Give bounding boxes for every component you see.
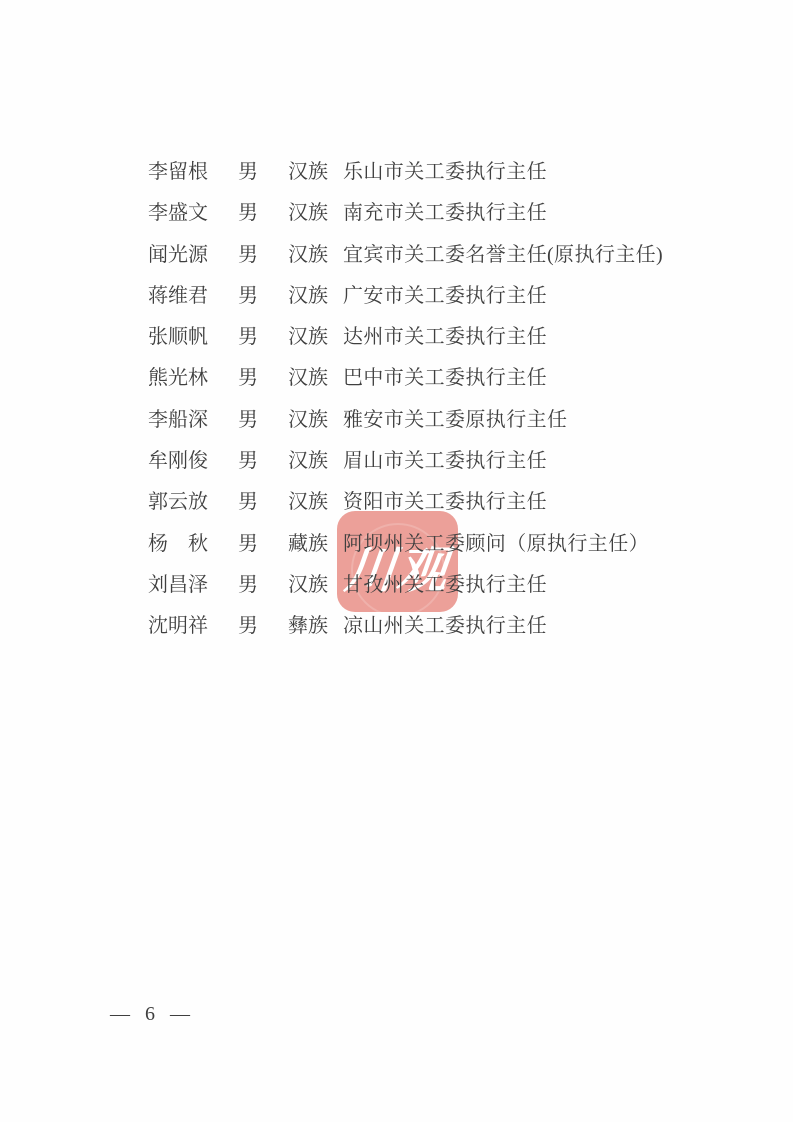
title-cell: 南充市关工委执行主任	[343, 193, 547, 234]
table-row: 熊光林 男 汉族 巴中市关工委执行主任	[148, 358, 748, 399]
name-cell: 闻光源	[148, 235, 208, 276]
title-cell: 巴中市关工委执行主任	[343, 358, 547, 399]
gender-cell: 男	[238, 235, 258, 276]
table-row: 闻光源 男 汉族 宜宾市关工委名誉主任(原执行主任)	[148, 235, 748, 276]
name-cell: 蒋维君	[148, 276, 208, 317]
name-cell: 沈明祥	[148, 606, 208, 647]
table-row: 郭云放 男 汉族 资阳市关工委执行主任	[148, 482, 748, 523]
gender-cell: 男	[238, 276, 258, 317]
table-row: 牟刚俊 男 汉族 眉山市关工委执行主任	[148, 441, 748, 482]
gender-cell: 男	[238, 482, 258, 523]
ethnicity-cell: 汉族	[288, 152, 328, 193]
table-row: 蒋维君 男 汉族 广安市关工委执行主任	[148, 276, 748, 317]
ethnicity-cell: 汉族	[288, 193, 328, 234]
name-cell: 熊光林	[148, 358, 208, 399]
gender-cell: 男	[238, 152, 258, 193]
title-cell: 乐山市关工委执行主任	[343, 152, 547, 193]
title-cell: 宜宾市关工委名誉主任(原执行主任)	[343, 235, 663, 276]
table-row: 杨 秋 男 藏族 阿坝州关工委顾问（原执行主任）	[148, 524, 748, 565]
ethnicity-cell: 藏族	[288, 524, 328, 565]
ethnicity-cell: 汉族	[288, 235, 328, 276]
title-cell: 广安市关工委执行主任	[343, 276, 547, 317]
gender-cell: 男	[238, 565, 258, 606]
table-row: 沈明祥 男 彝族 凉山州关工委执行主任	[148, 606, 748, 647]
roster-list: 李留根 男 汉族 乐山市关工委执行主任 李盛文 男 汉族 南充市关工委执行主任 …	[148, 152, 748, 648]
title-cell: 甘孜州关工委执行主任	[343, 565, 547, 606]
name-cell: 张顺帆	[148, 317, 208, 358]
gender-cell: 男	[238, 317, 258, 358]
ethnicity-cell: 汉族	[288, 441, 328, 482]
gender-cell: 男	[238, 193, 258, 234]
table-row: 张顺帆 男 汉族 达州市关工委执行主任	[148, 317, 748, 358]
gender-cell: 男	[238, 441, 258, 482]
ethnicity-cell: 汉族	[288, 565, 328, 606]
name-cell: 李留根	[148, 152, 208, 193]
title-cell: 阿坝州关工委顾问（原执行主任）	[343, 524, 649, 565]
table-row: 李留根 男 汉族 乐山市关工委执行主任	[148, 152, 748, 193]
gender-cell: 男	[238, 524, 258, 565]
title-cell: 眉山市关工委执行主任	[343, 441, 547, 482]
table-row: 李船深 男 汉族 雅安市关工委原执行主任	[148, 400, 748, 441]
name-cell: 李船深	[148, 400, 208, 441]
name-cell: 李盛文	[148, 193, 208, 234]
ethnicity-cell: 汉族	[288, 400, 328, 441]
ethnicity-cell: 汉族	[288, 276, 328, 317]
table-row: 李盛文 男 汉族 南充市关工委执行主任	[148, 193, 748, 234]
ethnicity-cell: 彝族	[288, 606, 328, 647]
gender-cell: 男	[238, 606, 258, 647]
ethnicity-cell: 汉族	[288, 317, 328, 358]
gender-cell: 男	[238, 358, 258, 399]
gender-cell: 男	[238, 400, 258, 441]
document-page: 川观 李留根 男 汉族 乐山市关工委执行主任 李盛文 男 汉族 南充市关工委执行…	[0, 0, 793, 1122]
name-cell: 刘昌泽	[148, 565, 208, 606]
name-cell: 杨 秋	[148, 524, 208, 565]
title-cell: 资阳市关工委执行主任	[343, 482, 547, 523]
title-cell: 达州市关工委执行主任	[343, 317, 547, 358]
table-row: 刘昌泽 男 汉族 甘孜州关工委执行主任	[148, 565, 748, 606]
page-number: — 6 —	[110, 1003, 195, 1026]
ethnicity-cell: 汉族	[288, 358, 328, 399]
title-cell: 凉山州关工委执行主任	[343, 606, 547, 647]
title-cell: 雅安市关工委原执行主任	[343, 400, 567, 441]
name-cell: 郭云放	[148, 482, 208, 523]
name-cell: 牟刚俊	[148, 441, 208, 482]
ethnicity-cell: 汉族	[288, 482, 328, 523]
